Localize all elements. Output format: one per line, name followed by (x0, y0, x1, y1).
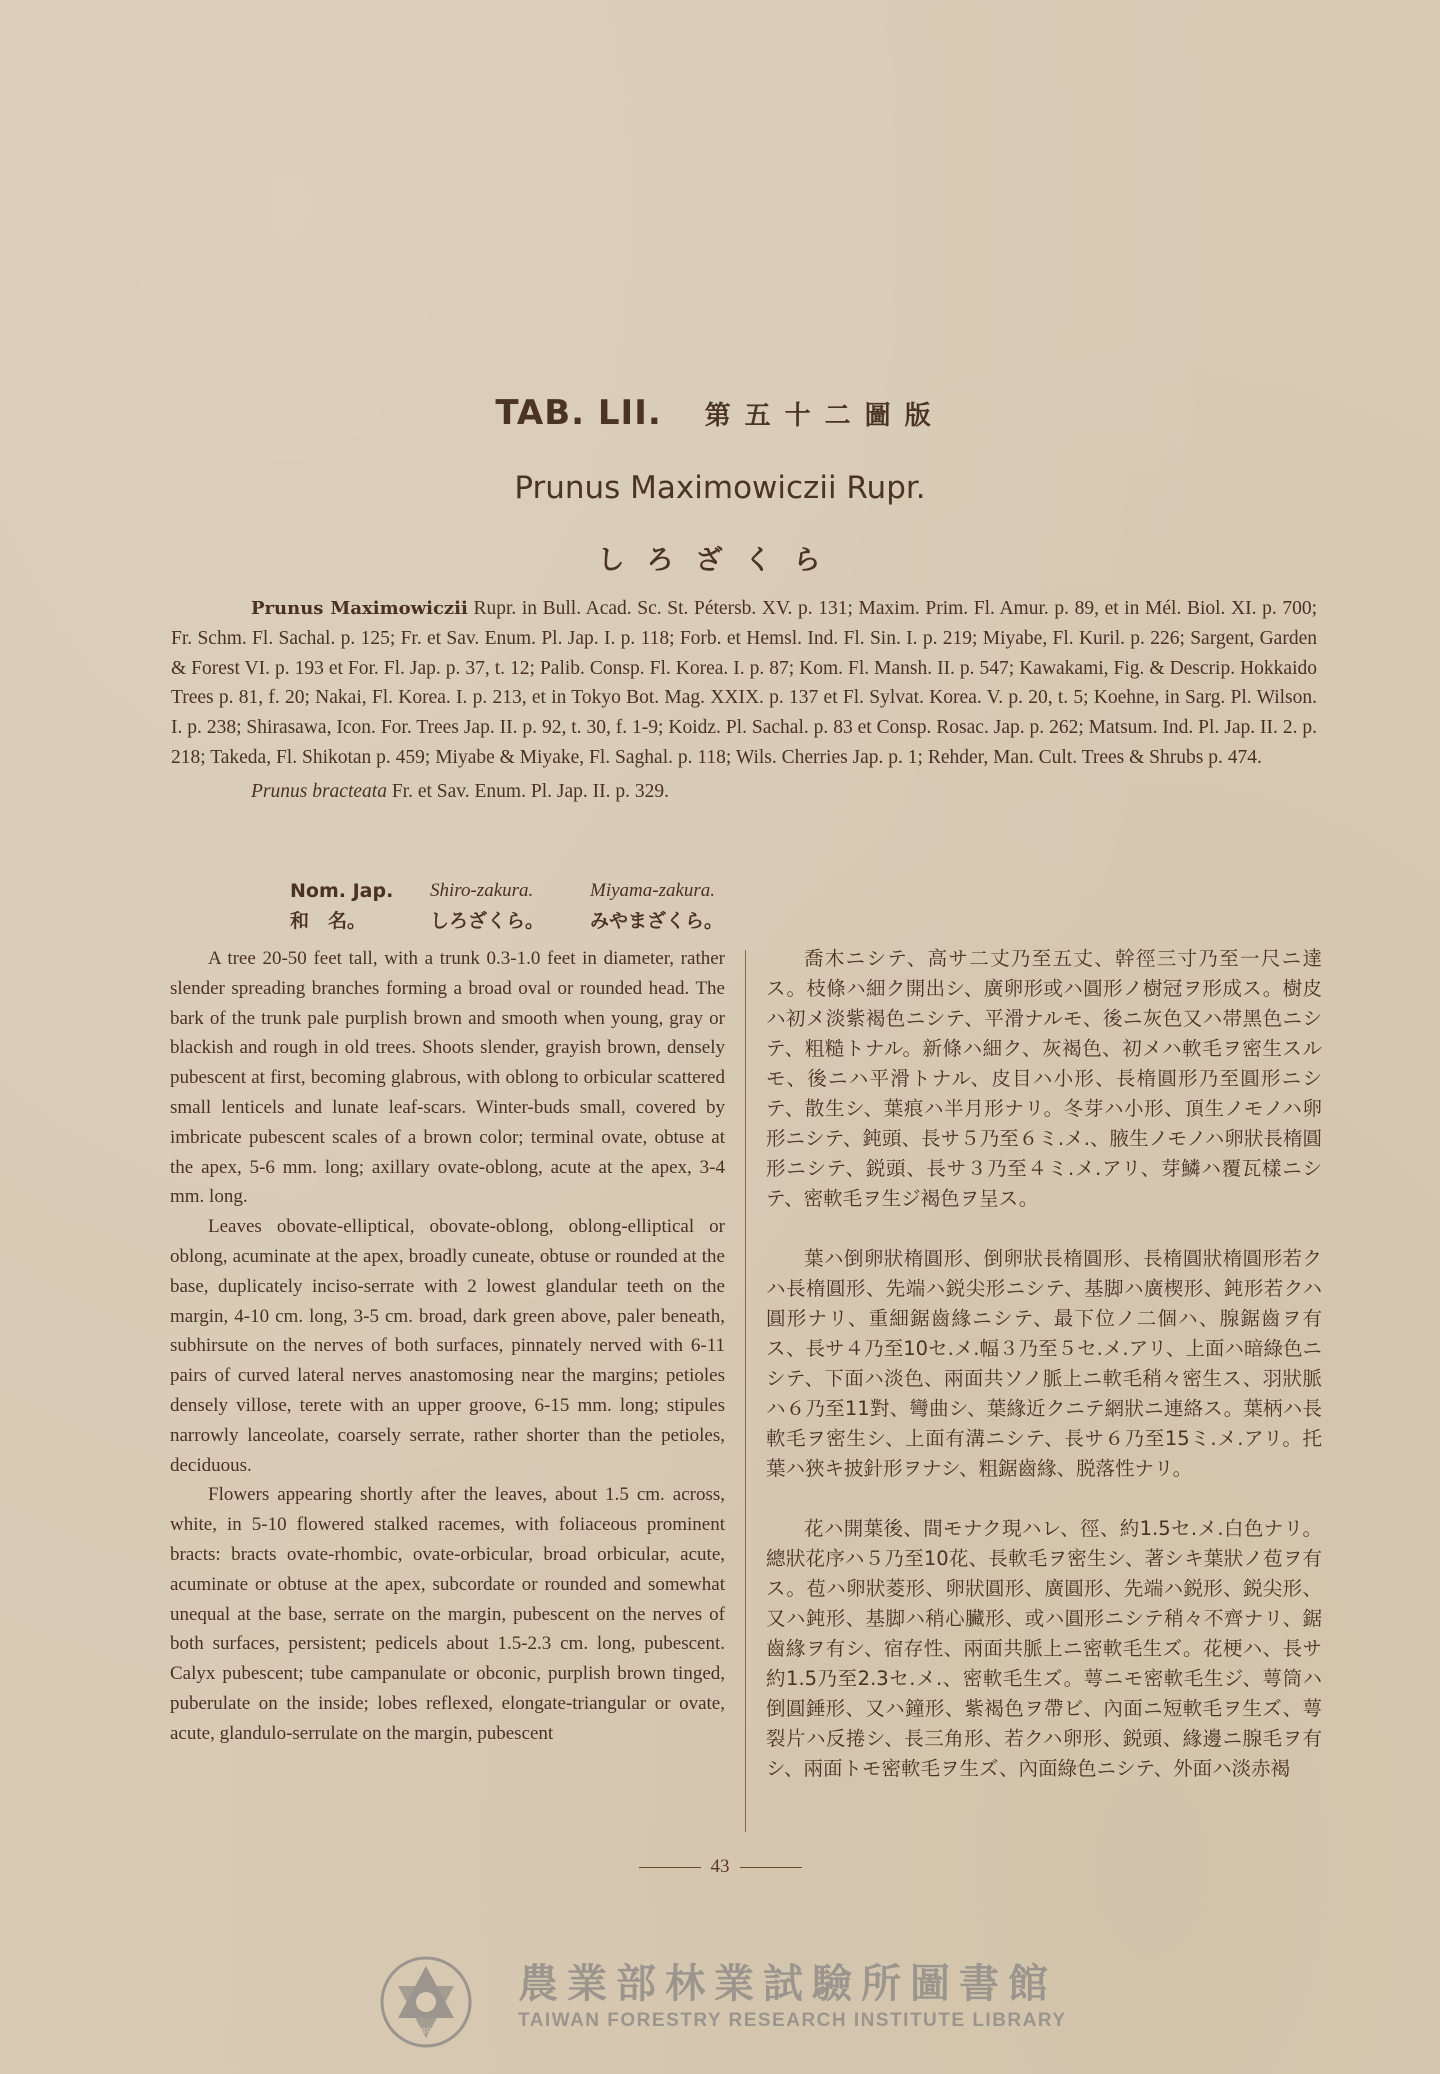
document-page: TAB. LII. 第五十二圖版 Prunus Maximowiczii Rup… (0, 0, 1440, 2074)
plate-number-japanese: 第五十二圖版 (705, 401, 945, 431)
description-paragraph-leaves: Leaves obovate-elliptical, obovate-oblon… (170, 1212, 725, 1480)
description-paragraph-flowers: Flowers appearing shortly after the leav… (170, 1480, 725, 1748)
english-description-column: A tree 20-50 feet tall, with a trunk 0.3… (170, 944, 725, 1749)
name-miyamazakura-kana: みやまざくら。 (590, 906, 790, 936)
name-shiro-zakura: Shiro-zakura. (430, 876, 590, 906)
column-divider (745, 950, 746, 1832)
synonymy-block: Prunus Maximowiczii Rupr. in Bull. Acad.… (171, 594, 1317, 807)
svg-text:1896: 1896 (415, 2027, 438, 2037)
nom-jap-kana-row: 和 名。 しろざくら。 みやまざくら。 (290, 906, 790, 936)
plate-number-latin: TAB. LII. (495, 393, 661, 433)
species-title: Prunus Maximowiczii Rupr. (0, 470, 1440, 506)
institute-logo-icon: 1896 (376, 1952, 476, 2052)
page-number-value: 43 (711, 1856, 730, 1877)
name-miyama-zakura: Miyama-zakura. (590, 876, 790, 906)
nom-jap-label: Nom. Jap. (290, 876, 430, 906)
page-number-rule-left (639, 1867, 701, 1868)
species-kana-name: しろざくら (0, 538, 1440, 577)
japanese-paragraph-leaves: 葉ハ倒卵狀楕圓形、倒卵狀長楕圓形、長楕圓狀楕圓形若クハ長楕圓形、先端ハ鋭尖形ニシ… (766, 1244, 1322, 1484)
japanese-paragraph-habit: 喬木ニシテ、高サ二丈乃至五丈、幹徑三寸乃至一尺ニ達ス。枝條ハ細ク開出シ、廣卵形或… (766, 944, 1322, 1214)
citation-text: Rupr. in Bull. Acad. Sc. St. Pétersb. XV… (171, 598, 1317, 768)
library-watermark: 1896 農業部林業試驗所圖書館 TAIWAN FORESTRY RESEARC… (376, 1952, 1096, 2052)
synonym-line: Prunus bracteata Fr. et Sav. Enum. Pl. J… (251, 777, 1317, 807)
japanese-description-column: 喬木ニシテ、高サ二丈乃至五丈、幹徑三寸乃至一尺ニ達ス。枝條ハ細ク開出シ、廣卵形或… (766, 944, 1322, 1784)
library-name-chinese: 農業部林業試驗所圖書館 (518, 1952, 1057, 2009)
name-shirozakura-kana: しろざくら。 (430, 906, 590, 936)
plate-title: TAB. LII. 第五十二圖版 (0, 393, 1440, 433)
synonym-name: Prunus bracteata (251, 781, 387, 802)
description-paragraph-habit: A tree 20-50 feet tall, with a trunk 0.3… (170, 944, 725, 1212)
page-number-rule-right (740, 1867, 802, 1868)
japanese-names-table: Nom. Jap. Shiro-zakura. Miyama-zakura. 和… (290, 876, 790, 936)
japanese-paragraph-flowers: 花ハ開葉後、間モナク現ハレ、徑、約1.5セ.メ.白色ナリ。總狀花序ハ５乃至10花… (766, 1514, 1322, 1784)
synonym-citation: Fr. et Sav. Enum. Pl. Jap. II. p. 329. (387, 781, 669, 802)
page-number: 43 (0, 1856, 1440, 1878)
species-name-bold: Prunus Maximowiczii (251, 598, 468, 619)
library-name-english: TAIWAN FORESTRY RESEARCH INSTITUTE LIBRA… (518, 2010, 1067, 2032)
wamei-label: 和 名。 (290, 906, 430, 936)
nom-jap-latin-row: Nom. Jap. Shiro-zakura. Miyama-zakura. (290, 876, 790, 906)
synonymy-citations: Prunus Maximowiczii Rupr. in Bull. Acad.… (171, 594, 1317, 773)
